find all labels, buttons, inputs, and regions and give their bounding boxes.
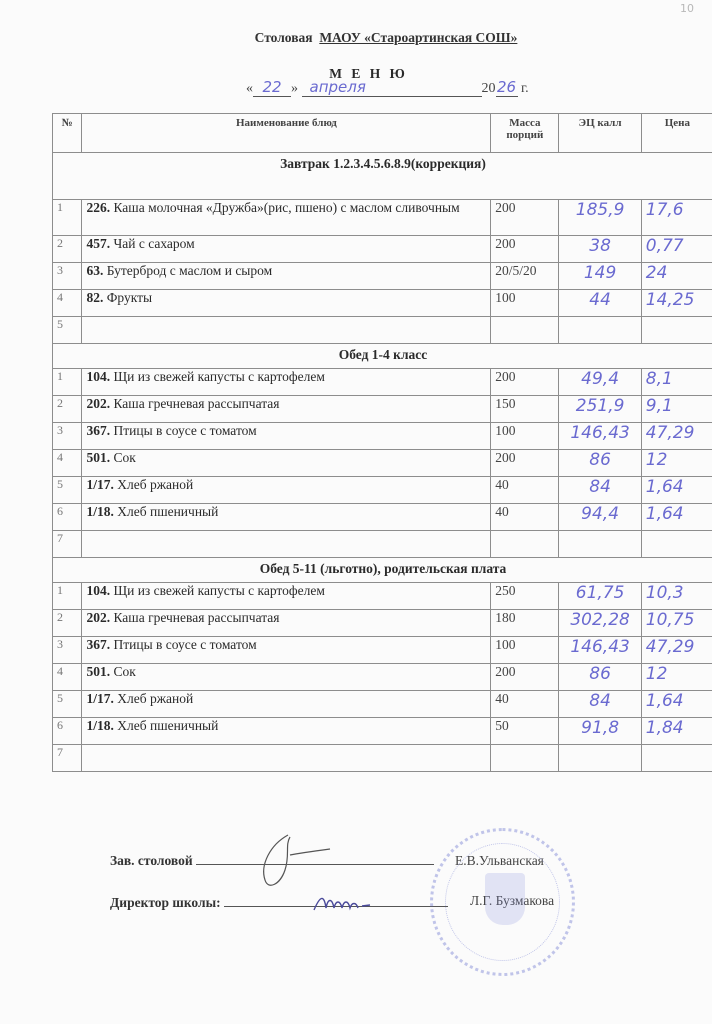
- portion-mass: 150: [491, 396, 559, 423]
- dish-title: Щи из свежей капусты с картофелем: [113, 369, 324, 384]
- canteen-head-label: Зав. столовой: [110, 853, 193, 868]
- price-value: 1,64: [641, 504, 712, 531]
- table-row: 51/17. Хлеб ржаной40841,64: [53, 477, 712, 504]
- price-value: 47,29: [641, 637, 712, 664]
- row-number: 4: [53, 450, 82, 477]
- recipe-code: 1/17.: [86, 691, 113, 706]
- portion-mass: 100: [491, 290, 559, 317]
- calories-value: 251,9: [559, 396, 641, 423]
- section-title: Обед 5-11 (льготно), родительская плата: [53, 558, 712, 583]
- row-number: 6: [53, 504, 82, 531]
- table-row: 7: [53, 745, 712, 772]
- school-stamp-icon: [430, 828, 575, 976]
- table-row: 2457. Чай с сахаром200380,77: [53, 236, 712, 263]
- date-quote-close: »: [291, 81, 298, 96]
- calories-value: 44: [559, 290, 641, 317]
- table-row: 2202. Каша гречневая рассыпчатая180302,2…: [53, 610, 712, 637]
- price-value: [641, 531, 712, 558]
- portion-mass: 40: [491, 691, 559, 718]
- recipe-code: 501.: [86, 664, 110, 679]
- portion-mass: 100: [491, 637, 559, 664]
- recipe-code: 367.: [86, 423, 110, 438]
- calories-value: 38: [559, 236, 641, 263]
- dish-name: 202. Каша гречневая рассыпчатая: [82, 396, 491, 423]
- dish-title: Птицы в соусе с томатом: [113, 423, 256, 438]
- recipe-code: 226.: [86, 200, 110, 215]
- row-number: 3: [53, 263, 82, 290]
- dish-name: 1/17. Хлеб ржаной: [82, 691, 491, 718]
- table-row: 61/18. Хлеб пшеничный4094,41,64: [53, 504, 712, 531]
- dish-name: [82, 745, 491, 772]
- recipe-code: 367.: [86, 637, 110, 652]
- director-label: Директор школы:: [110, 895, 221, 910]
- dish-title: Хлеб пшеничный: [117, 504, 218, 519]
- dish-name: 501. Сок: [82, 664, 491, 691]
- date-year-unit: г.: [521, 81, 529, 96]
- table-row: 4501. Сок2008612: [53, 450, 712, 477]
- portion-mass: 200: [491, 369, 559, 396]
- row-number: 2: [53, 236, 82, 263]
- calories-value: [559, 317, 641, 344]
- calories-value: 146,43: [559, 423, 641, 450]
- portion-mass: 40: [491, 477, 559, 504]
- calories-value: 146,43: [559, 637, 641, 664]
- dish-title: Сок: [113, 664, 135, 679]
- price-value: 10,3: [641, 583, 712, 610]
- calories-value: 302,28: [559, 610, 641, 637]
- dish-name: 501. Сок: [82, 450, 491, 477]
- row-number: 1: [53, 200, 82, 236]
- calories-value: 149: [559, 263, 641, 290]
- price-value: [641, 745, 712, 772]
- row-number: 7: [53, 745, 82, 772]
- row-number: 3: [53, 637, 82, 664]
- row-number: 1: [53, 583, 82, 610]
- recipe-code: 1/18.: [86, 718, 113, 733]
- dish-name: 104. Щи из свежей капусты с картофелем: [82, 369, 491, 396]
- portion-mass: 250: [491, 583, 559, 610]
- recipe-code: 202.: [86, 396, 110, 411]
- portion-mass: 100: [491, 423, 559, 450]
- price-value: 1,84: [641, 718, 712, 745]
- dish-name: [82, 531, 491, 558]
- recipe-code: 1/17.: [86, 477, 113, 492]
- calories-value: 86: [559, 664, 641, 691]
- row-number: 3: [53, 423, 82, 450]
- calories-value: 86: [559, 450, 641, 477]
- portion-mass: 200: [491, 664, 559, 691]
- price-value: 1,64: [641, 691, 712, 718]
- menu-table-body: Завтрак 1.2.3.4.5.6.8.9(коррекция)1226. …: [53, 153, 712, 772]
- dish-title: Хлеб ржаной: [117, 477, 193, 492]
- calories-value: 49,4: [559, 369, 641, 396]
- table-header-row: № Наименование блюд Масса порций ЭЦ калл…: [53, 114, 712, 153]
- date-month: апреля: [302, 78, 482, 97]
- recipe-code: 63.: [86, 263, 103, 278]
- dish-title: Бутерброд с маслом и сыром: [107, 263, 272, 278]
- dish-name: 63. Бутерброд с маслом и сыром: [82, 263, 491, 290]
- table-row: 3367. Птицы в соусе с томатом100146,4347…: [53, 423, 712, 450]
- calories-value: 84: [559, 477, 641, 504]
- recipe-code: 457.: [86, 236, 110, 251]
- calories-value: 94,4: [559, 504, 641, 531]
- table-row: 61/18. Хлеб пшеничный5091,81,84: [53, 718, 712, 745]
- menu-date: «22» апреля2026 г.: [246, 78, 529, 97]
- section-header-row: Обед 5-11 (льготно), родительская плата: [53, 558, 712, 583]
- date-day: 22: [253, 78, 291, 97]
- column-header-portion-mass: Масса порций: [491, 114, 559, 153]
- dish-name: 82. Фрукты: [82, 290, 491, 317]
- table-row: 7: [53, 531, 712, 558]
- dish-title: Сок: [113, 450, 135, 465]
- column-header-calories: ЭЦ калл: [559, 114, 641, 153]
- date-year-prefix: 20: [482, 81, 496, 96]
- dish-title: Фрукты: [107, 290, 152, 305]
- price-value: 10,75: [641, 610, 712, 637]
- price-value: 14,25: [641, 290, 712, 317]
- dish-title: Чай с сахаром: [113, 236, 194, 251]
- portion-mass: 20/5/20: [491, 263, 559, 290]
- column-header-number: №: [53, 114, 82, 153]
- table-row: 1226. Каша молочная «Дружба»(рис, пшено)…: [53, 200, 712, 236]
- section-header-row: Завтрак 1.2.3.4.5.6.8.9(коррекция): [53, 153, 712, 200]
- price-value: 24: [641, 263, 712, 290]
- calories-value: 91,8: [559, 718, 641, 745]
- column-header-price: Цена: [641, 114, 712, 153]
- row-number: 2: [53, 396, 82, 423]
- portion-mass: [491, 531, 559, 558]
- table-row: 1104. Щи из свежей капусты с картофелем2…: [53, 369, 712, 396]
- document-title: Столовая МАОУ «Староартинская СОШ»: [0, 30, 712, 46]
- portion-mass: 200: [491, 450, 559, 477]
- portion-mass: [491, 745, 559, 772]
- section-title: Обед 1-4 класс: [53, 344, 712, 369]
- dish-title: Каша молочная «Дружба»(рис, пшено) с мас…: [113, 200, 459, 215]
- table-row: 1104. Щи из свежей капусты с картофелем2…: [53, 583, 712, 610]
- recipe-code: 501.: [86, 450, 110, 465]
- dish-name: 457. Чай с сахаром: [82, 236, 491, 263]
- row-number: 4: [53, 664, 82, 691]
- calories-value: 84: [559, 691, 641, 718]
- price-value: 12: [641, 664, 712, 691]
- dish-name: 226. Каша молочная «Дружба»(рис, пшено) …: [82, 200, 491, 236]
- row-number: 4: [53, 290, 82, 317]
- price-value: 8,1: [641, 369, 712, 396]
- table-row: 51/17. Хлеб ржаной40841,64: [53, 691, 712, 718]
- dish-title: Каша гречневая рассыпчатая: [113, 396, 279, 411]
- row-number: 5: [53, 317, 82, 344]
- table-row: 482. Фрукты1004414,25: [53, 290, 712, 317]
- dish-name: 1/18. Хлеб пшеничный: [82, 718, 491, 745]
- title-prefix: Столовая: [255, 30, 313, 45]
- portion-mass: 50: [491, 718, 559, 745]
- row-number: 7: [53, 531, 82, 558]
- recipe-code: 82.: [86, 290, 103, 305]
- table-row: 3367. Птицы в соусе с томатом100146,4347…: [53, 637, 712, 664]
- row-number: 2: [53, 610, 82, 637]
- price-value: 47,29: [641, 423, 712, 450]
- portion-mass: [491, 317, 559, 344]
- dish-name: [82, 317, 491, 344]
- price-value: [641, 317, 712, 344]
- recipe-code: 202.: [86, 610, 110, 625]
- row-number: 1: [53, 369, 82, 396]
- page-number: 10: [680, 2, 694, 15]
- table-row: 2202. Каша гречневая рассыпчатая150251,9…: [53, 396, 712, 423]
- price-value: 0,77: [641, 236, 712, 263]
- price-value: 9,1: [641, 396, 712, 423]
- title-organization: МАОУ «Староартинская СОШ»: [319, 30, 517, 45]
- date-quote-open: «: [246, 81, 253, 96]
- price-value: 1,64: [641, 477, 712, 504]
- column-header-dish-name: Наименование блюд: [82, 114, 491, 153]
- portion-mass: 180: [491, 610, 559, 637]
- dish-name: 104. Щи из свежей капусты с картофелем: [82, 583, 491, 610]
- table-row: 4501. Сок2008612: [53, 664, 712, 691]
- recipe-code: 1/18.: [86, 504, 113, 519]
- portion-mass: 200: [491, 200, 559, 236]
- menu-table: № Наименование блюд Масса порций ЭЦ калл…: [52, 113, 712, 772]
- calories-value: [559, 531, 641, 558]
- price-value: 17,6: [641, 200, 712, 236]
- portion-mass: 200: [491, 236, 559, 263]
- table-row: 5: [53, 317, 712, 344]
- director-signature-icon: [310, 888, 385, 918]
- price-value: 12: [641, 450, 712, 477]
- table-row: 363. Бутерброд с маслом и сыром20/5/2014…: [53, 263, 712, 290]
- row-number: 5: [53, 691, 82, 718]
- dish-title: Хлеб ржаной: [117, 691, 193, 706]
- row-number: 6: [53, 718, 82, 745]
- dish-title: Щи из свежей капусты с картофелем: [113, 583, 324, 598]
- dish-title: Птицы в соусе с томатом: [113, 637, 256, 652]
- row-number: 5: [53, 477, 82, 504]
- recipe-code: 104.: [86, 583, 110, 598]
- dish-name: 1/17. Хлеб ржаной: [82, 477, 491, 504]
- portion-mass: 40: [491, 504, 559, 531]
- dish-name: 367. Птицы в соусе с томатом: [82, 423, 491, 450]
- calories-value: [559, 745, 641, 772]
- dish-name: 367. Птицы в соусе с томатом: [82, 637, 491, 664]
- dish-name: 1/18. Хлеб пшеничный: [82, 504, 491, 531]
- dish-title: Хлеб пшеничный: [117, 718, 218, 733]
- section-title: Завтрак 1.2.3.4.5.6.8.9(коррекция): [53, 153, 712, 200]
- calories-value: 61,75: [559, 583, 641, 610]
- recipe-code: 104.: [86, 369, 110, 384]
- date-year-suffix: 26: [496, 78, 518, 97]
- calories-value: 185,9: [559, 200, 641, 236]
- section-header-row: Обед 1-4 класс: [53, 344, 712, 369]
- dish-name: 202. Каша гречневая рассыпчатая: [82, 610, 491, 637]
- dish-title: Каша гречневая рассыпчатая: [113, 610, 279, 625]
